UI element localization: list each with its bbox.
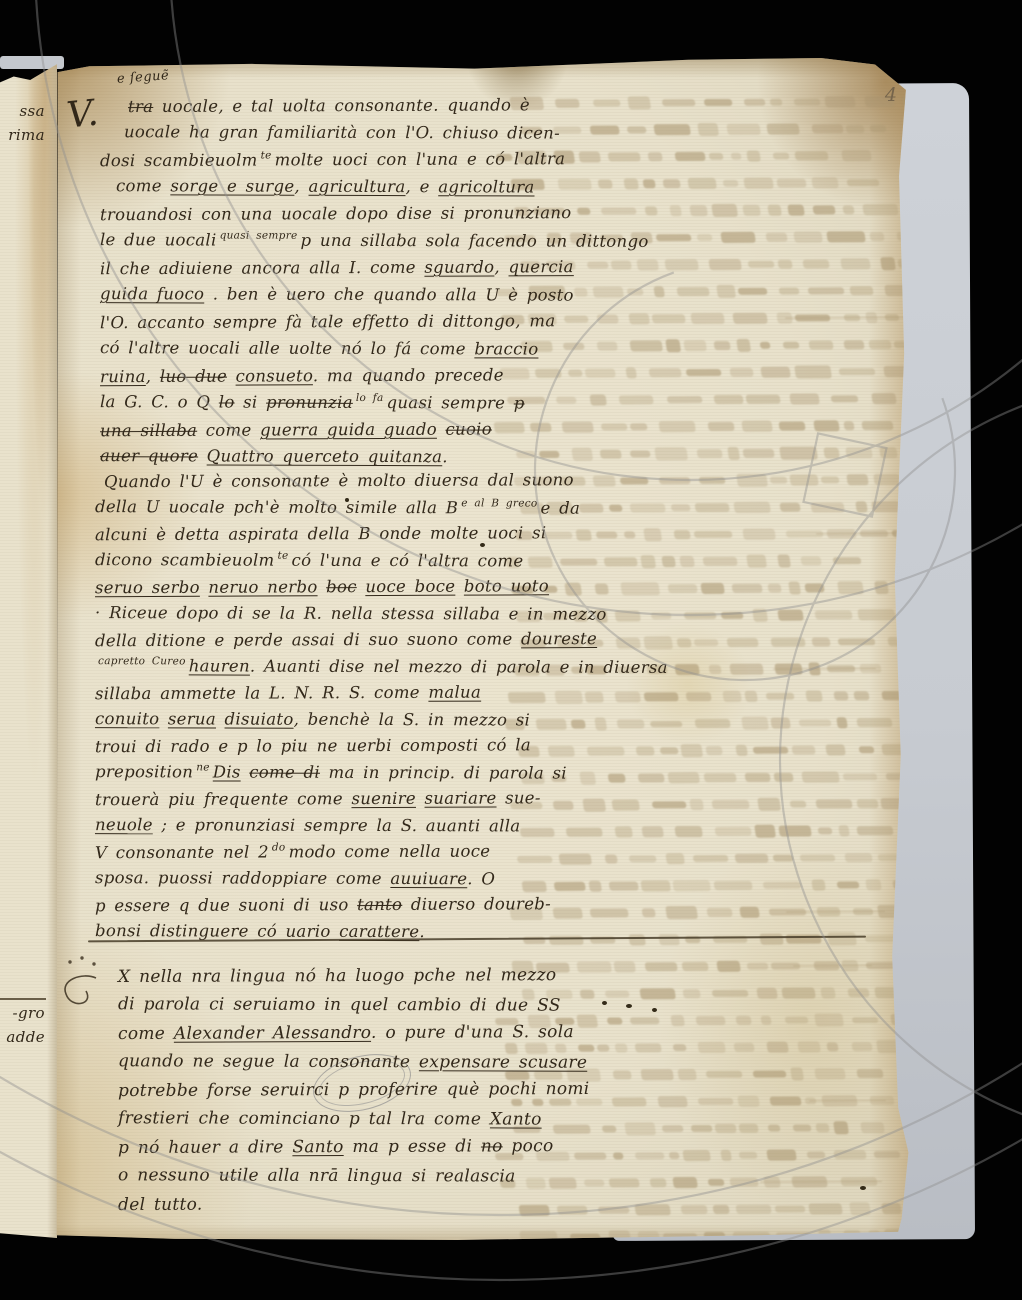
- drop-initial-v: V.: [65, 92, 100, 136]
- ink-spot: [860, 1186, 866, 1190]
- facing-page-text-fragment: adde: [6, 1028, 45, 1046]
- paragraph-v-part1: tra uocale, e tal uolta consonante. quan…: [100, 92, 649, 470]
- ink-spot: [652, 1008, 657, 1012]
- manuscript-line: ruina, luo due consueto. ma quando prece…: [100, 361, 649, 390]
- ink-spot: [626, 1004, 632, 1008]
- manuscript-line: sposa. puossi raddoppiare come auuiuare.…: [95, 865, 668, 893]
- ink-spot: [480, 543, 485, 547]
- manuscript-line: neuole ; e pronunziasi sempre la S. auan…: [95, 812, 668, 840]
- manuscript-line: di parola ci seruiamo in quel cambio di …: [118, 990, 590, 1020]
- manuscript-page: 4 e ſeguẽ V. tra uocale, e tal uolta con…: [55, 58, 911, 1240]
- manuscript-line: quando ne segue la consonante expensare …: [118, 1047, 590, 1077]
- manuscript-line: capretto Cureohauren. Auanti dise nel me…: [95, 653, 668, 681]
- manuscript-line: della U uocale pch'è molto simile alla B…: [95, 494, 668, 522]
- manuscript-line: dosi scambieuolmtemolte uoci con l'una e…: [100, 145, 649, 174]
- manuscript-line: del tutto.: [118, 1189, 590, 1220]
- manuscript-line: Quando l'U è consonante è molto diuersa …: [95, 467, 668, 496]
- manuscript-line: uocale ha gran familiarità con l'O. chiu…: [100, 118, 649, 147]
- facing-page-strip: ssa rima gro- adde: [0, 60, 57, 1238]
- paragraph-x: X nella nra lingua nó ha luogo pche nel …: [118, 962, 590, 1219]
- manuscript-line: la G. C. o Q lo si pronunzialo faquasi s…: [100, 388, 649, 417]
- facing-page-text-fragment: ssa: [19, 102, 45, 120]
- manuscript-line: alcuni è detta aspirata della B onde mol…: [95, 520, 668, 549]
- manuscript-line: V consonante nel 2domodo come nella uoce: [95, 838, 668, 867]
- manuscript-line: come sorge e surge, agricultura, e agric…: [100, 172, 649, 201]
- manuscript-line: o nessuno utile alla nrā lingua si reala…: [118, 1161, 590, 1191]
- manuscript-line: p nó hauer a dire Santo ma p esse di no …: [118, 1132, 590, 1163]
- manuscript-line: guida fuoco . ben è uero che quando alla…: [100, 280, 649, 309]
- manuscript-line: della ditione e perde assai di suo suono…: [95, 626, 668, 655]
- manuscript-line: có l'altre uocali alle uolte nó lo fá co…: [100, 334, 649, 363]
- manuscript-line: tra uocale, e tal uolta consonante. quan…: [100, 91, 649, 120]
- manuscript-line: il che adiuiene ancora alla I. come sgua…: [100, 253, 649, 282]
- manuscript-line: trouandosi con una uocale dopo dise si p…: [100, 199, 649, 228]
- manuscript-line: prepositionneDis come di ma in princip. …: [95, 759, 668, 787]
- margin-flourish: [52, 952, 112, 1022]
- manuscript-line: come Alexander Alessandro. o pure d'una …: [118, 1018, 590, 1049]
- manuscript-line: trouerà piu frequente come suenire suari…: [95, 785, 668, 814]
- manuscript-line: seruo serbo neruo nerbo boc uoce boce bo…: [95, 573, 668, 602]
- facing-page-text-fragment: rima: [8, 126, 45, 144]
- manuscript-line: p essere q due suoni di uso tanto diuers…: [95, 891, 668, 920]
- ink-spot: [345, 498, 349, 502]
- manuscript-line: frestieri che cominciano p tal lra come …: [118, 1104, 590, 1134]
- manuscript-line: X nella nra lingua nó ha luogo pche nel …: [118, 961, 590, 992]
- manuscript-line: · Riceue dopo di se la R. nella stessa s…: [95, 600, 668, 628]
- manuscript-line: dicono scambieuolmtecó l'una e có l'altr…: [95, 547, 668, 575]
- manuscript-photo-scene: ssa rima gro- adde 4 e ſeguẽ V. tra uoca…: [0, 0, 1022, 1300]
- facing-page-text-fragment: gro-: [13, 1004, 45, 1022]
- paragraph-v-part2: Quando l'U è consonante è molto diuersa …: [95, 468, 668, 945]
- manuscript-line: potrebbe forse seruirci p proferire què …: [118, 1075, 590, 1106]
- manuscript-line: le due uocaliquasi semprep una sillaba s…: [100, 226, 649, 255]
- bleedthrough-row: [514, 1252, 900, 1273]
- ink-spot: [602, 1001, 607, 1005]
- manuscript-line: una sillaba come guerra guida guado cuoi…: [100, 415, 649, 444]
- page-number: 4: [885, 84, 897, 106]
- manuscript-line: sillaba ammette la L. N. R. S. come malu…: [95, 679, 668, 708]
- manuscript-line: l'O. accanto sempre fà tale effetto di d…: [100, 307, 649, 336]
- facing-page-rule: [0, 998, 46, 1000]
- manuscript-line: conuito serua disuiato, benchè la S. in …: [95, 706, 668, 734]
- manuscript-line: troui di rado e p lo piu ne uerbi compos…: [95, 732, 668, 761]
